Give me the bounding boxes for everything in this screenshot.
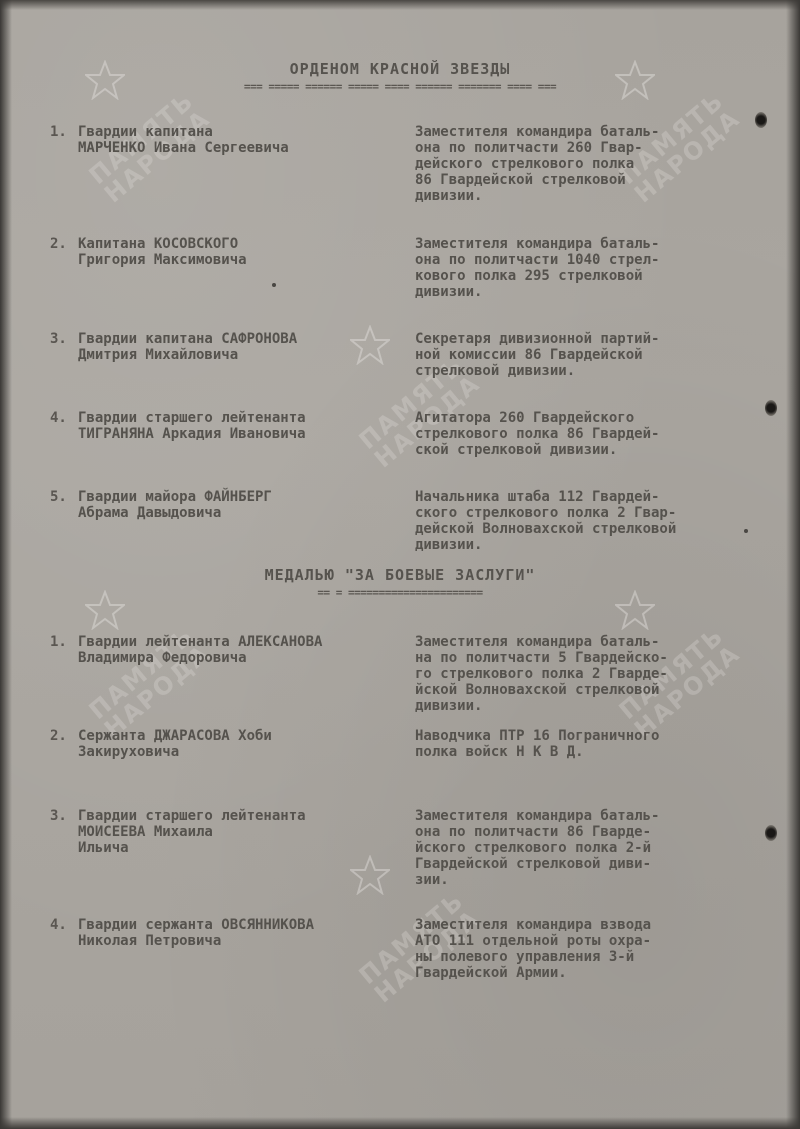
entry-position: Заместителя командира баталь- она по пол… [415, 236, 755, 300]
entry-position: Заместителя командира баталь- на по поли… [415, 634, 755, 714]
entry-position: Заместителя командира баталь- она по пол… [415, 124, 755, 204]
entry-position: Наводчика ПТР 16 Пограничного полка войс… [415, 728, 755, 760]
entry-position: Заместителя командира взвода АТО 111 отд… [415, 917, 755, 981]
entry-name: Сержанта ДЖАРАСОВА Хоби Закируховича [78, 728, 398, 760]
document-page: ПАМЯТЬ НАРОДА ПАМЯТЬ НАРОДА ПАМЯТЬ НАРОД… [0, 0, 800, 1129]
entry-number: 3. [50, 808, 67, 824]
scan-edge-top [0, 0, 800, 10]
entry-number: 2. [50, 236, 67, 252]
entry-name: Гвардии сержанта ОВСЯННИКОВА Николая Пет… [78, 917, 398, 949]
entry-name: Гвардии майора ФАЙНБЕРГ Абрама Давыдович… [78, 489, 398, 521]
entry-name: Гвардии капитана САФРОНОВА Дмитрия Михай… [78, 331, 398, 363]
section-underline: == = ====================== [0, 586, 800, 599]
section-heading-red-star: ОРДЕНОМ КРАСНОЙ ЗВЕЗДЫ === ===== ====== … [0, 60, 800, 93]
entry-number: 4. [50, 917, 67, 933]
section-heading-combat-merit-medal: МЕДАЛЬЮ "ЗА БОЕВЫЕ ЗАСЛУГИ" == = =======… [0, 566, 800, 599]
entry-position: Секретаря дивизионной партий- ной комисс… [415, 331, 755, 379]
entry-number: 5. [50, 489, 67, 505]
scan-edge-left [0, 0, 12, 1129]
entry-number: 1. [50, 634, 67, 650]
section-underline: === ===== ====== ===== ==== ====== =====… [0, 80, 800, 93]
entry-name: Гвардии капитана МАРЧЕНКО Ивана Сергееви… [78, 124, 398, 156]
entry-number: 3. [50, 331, 67, 347]
entry-position: Начальника штаба 112 Гвардей- ского стре… [415, 489, 755, 553]
entry-number: 2. [50, 728, 67, 744]
entry-position: Агитатора 260 Гвардейского стрелкового п… [415, 410, 755, 458]
section-title: ОРДЕНОМ КРАСНОЙ ЗВЕЗДЫ [290, 60, 511, 78]
entry-name: Гвардии старшего лейтенанта ТИГРАНЯНА Ар… [78, 410, 398, 442]
entry-name: Гвардии лейтенанта АЛЕКСАНОВА Владимира … [78, 634, 398, 666]
scan-edge-right [786, 0, 800, 1129]
ink-speck [272, 283, 276, 287]
entry-name: Гвардии старшего лейтенанта МОИСЕЕВА Мих… [78, 808, 398, 856]
section-title: МЕДАЛЬЮ "ЗА БОЕВЫЕ ЗАСЛУГИ" [265, 566, 536, 584]
entry-name: Капитана КОСОВСКОГО Григория Максимовича [78, 236, 398, 268]
punch-hole [765, 825, 777, 841]
punch-hole [765, 400, 777, 416]
scan-edge-bottom [0, 1117, 800, 1129]
punch-hole [755, 112, 767, 128]
entry-number: 4. [50, 410, 67, 426]
entry-position: Заместителя командира баталь- она по пол… [415, 808, 755, 888]
entry-number: 1. [50, 124, 67, 140]
watermark-star-icon [350, 855, 390, 895]
